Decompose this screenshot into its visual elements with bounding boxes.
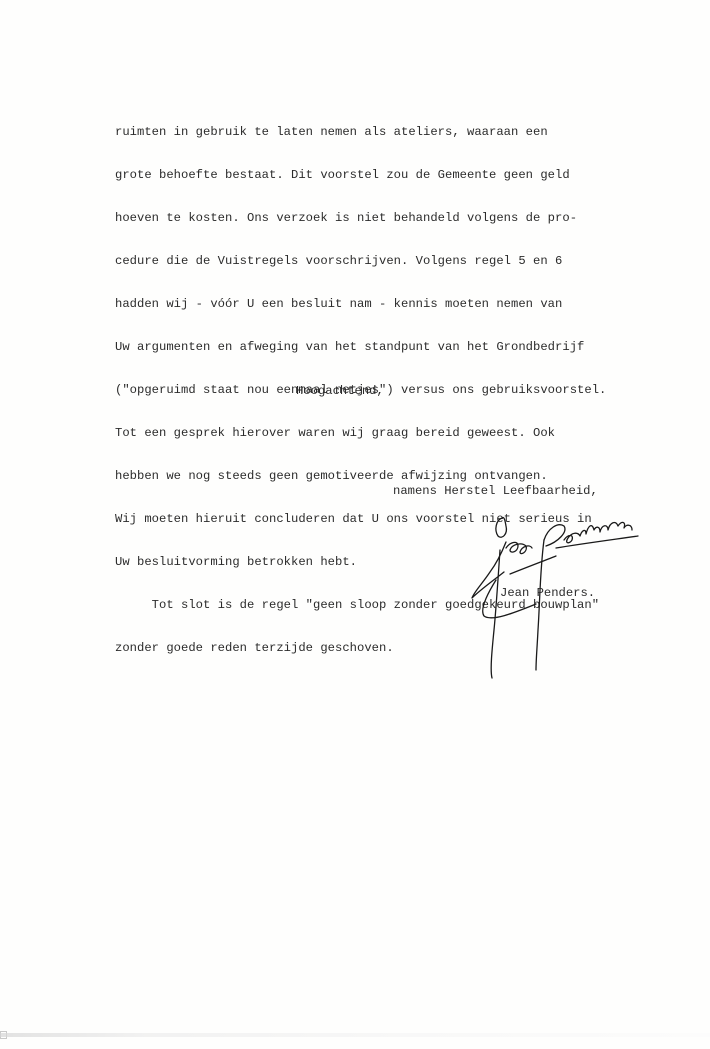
body-line: Tot een gesprek hierover waren wij graag… <box>115 426 606 440</box>
scan-edge-shadow <box>0 1033 710 1037</box>
body-line: ruimten in gebruik te laten nemen als at… <box>115 125 606 139</box>
closing-salutation: Hoogachtend, <box>296 384 384 398</box>
letter-page: ruimten in gebruik te laten nemen als at… <box>0 0 710 1049</box>
body-line: hebben we nog steeds geen gemotiveerde a… <box>115 469 606 483</box>
body-line: Uw argumenten en afweging van het standp… <box>115 340 606 354</box>
body-line: grote behoefte bestaat. Dit voorstel zou… <box>115 168 606 182</box>
signatory-name: Jean Penders. <box>500 586 595 600</box>
on-behalf-of-line: namens Herstel Leefbaarheid, <box>393 484 598 498</box>
body-line: cedure die de Vuistregels voorschrijven.… <box>115 254 606 268</box>
body-line: hadden wij - vóór U een besluit nam - ke… <box>115 297 606 311</box>
body-line: hoeven te kosten. Ons verzoek is niet be… <box>115 211 606 225</box>
